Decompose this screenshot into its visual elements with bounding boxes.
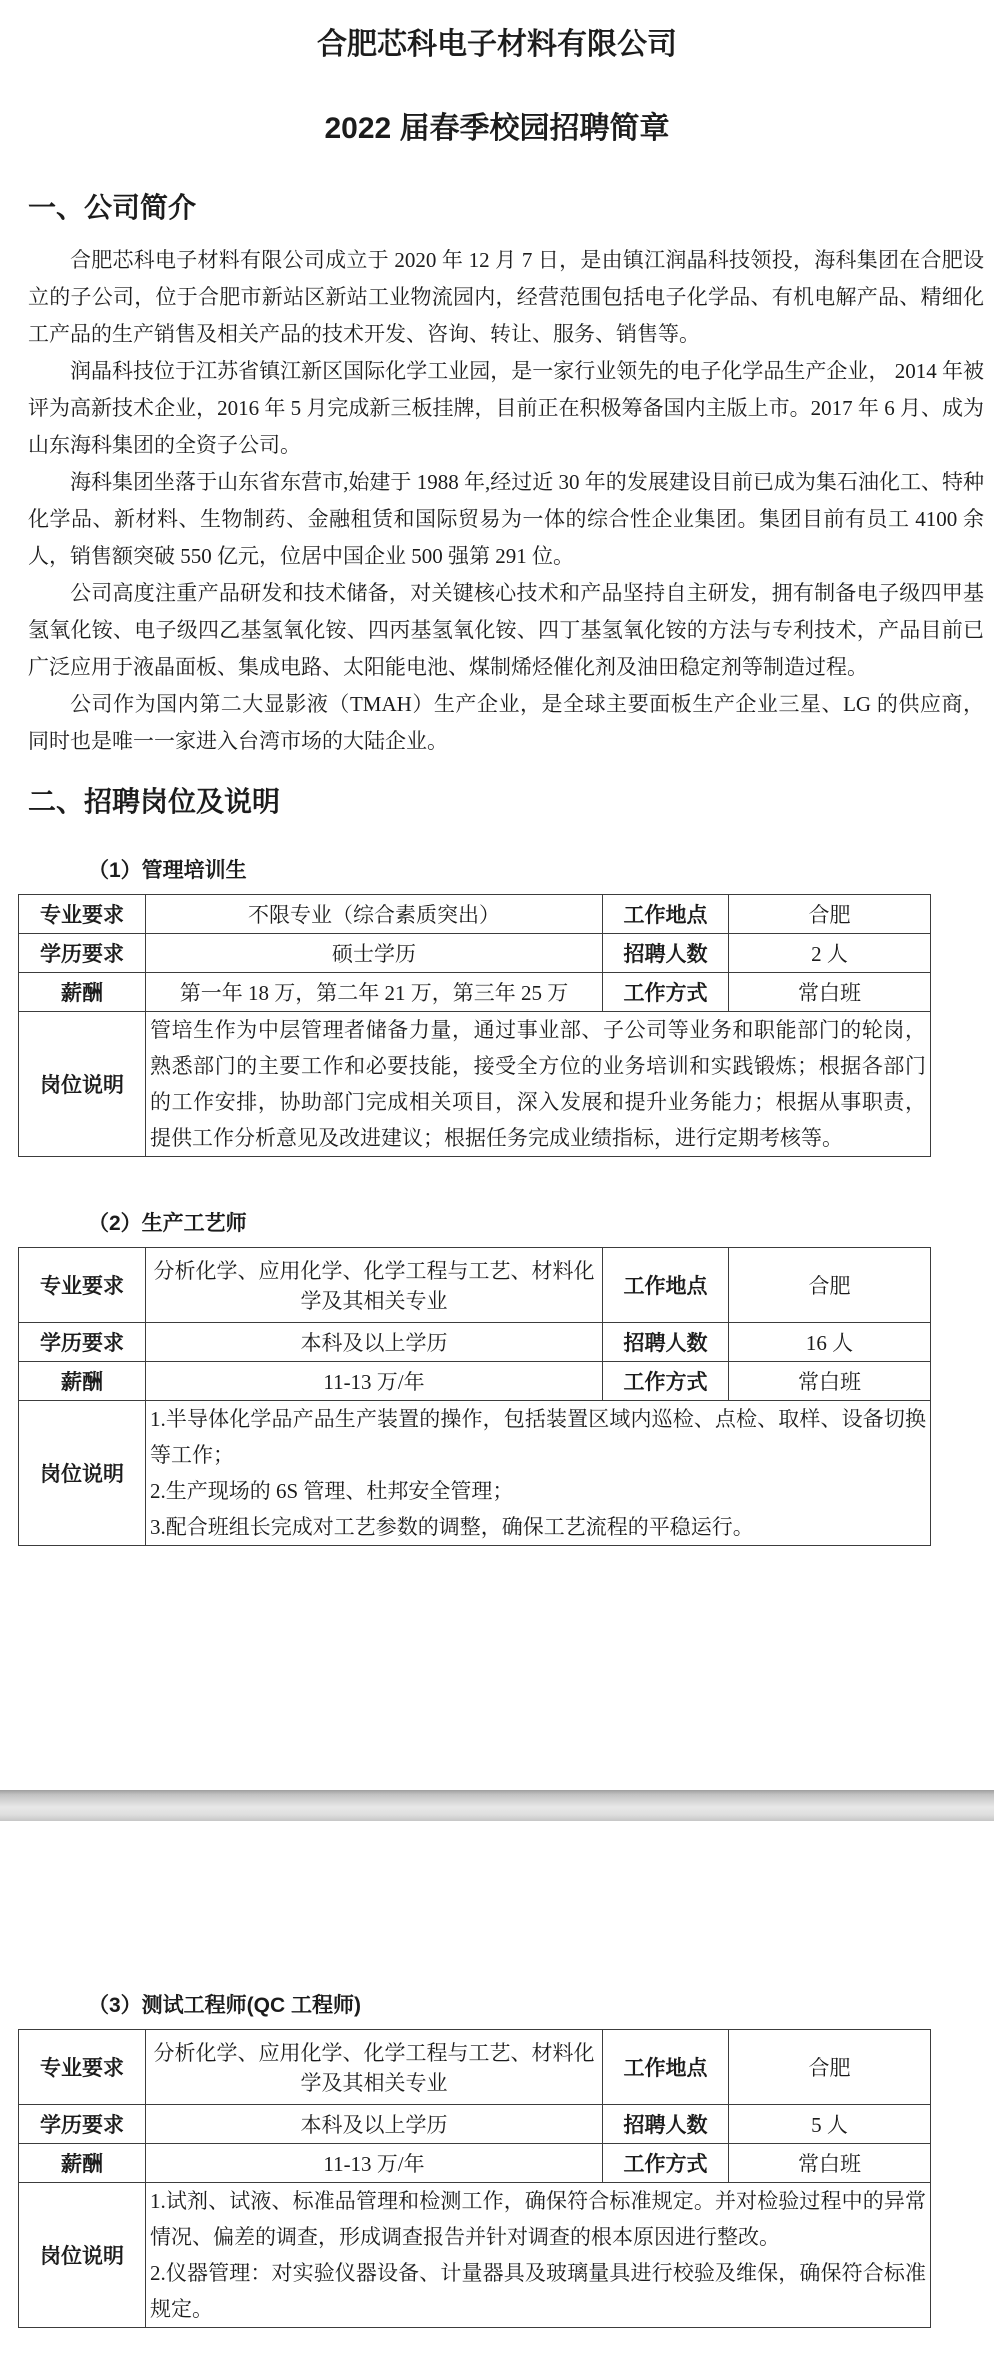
table-row: 岗位说明 管培生作为中层管理者储备力量，通过事业部、子公司等业务和职能部门的轮岗… — [19, 1012, 931, 1157]
worktype-value: 常白班 — [729, 2144, 931, 2183]
location-label: 工作地点 — [603, 1248, 729, 1323]
company-intro: 合肥芯科电子材料有限公司成立于 2020 年 12 月 7 日，是由镇江润晶科技… — [28, 242, 984, 760]
education-value: 硕士学历 — [146, 934, 603, 973]
major-value: 分析化学、应用化学、化学工程与工艺、材料化学及其相关专业 — [146, 2030, 603, 2105]
salary-value: 第一年 18 万，第二年 21 万，第三年 25 万 — [146, 973, 603, 1012]
page-break-divider — [0, 1790, 994, 1821]
position-3-table: 专业要求 分析化学、应用化学、化学工程与工艺、材料化学及其相关专业 工作地点 合… — [18, 2029, 931, 2328]
desc-value: 1.半导体化学品产品生产装置的操作，包括装置区域内巡检、点检、取样、设备切换等工… — [146, 1401, 931, 1546]
headcount-value: 5 人 — [729, 2105, 931, 2144]
location-value: 合肥 — [729, 1248, 931, 1323]
education-value: 本科及以上学历 — [146, 2105, 603, 2144]
worktype-label: 工作方式 — [603, 2144, 729, 2183]
worktype-value: 常白班 — [729, 973, 931, 1012]
desc-value: 1.试剂、试液、标准品管理和检测工作，确保符合标准规定。并对检验过程中的异常情况… — [146, 2183, 931, 2328]
location-label: 工作地点 — [603, 895, 729, 934]
education-label: 学历要求 — [19, 934, 146, 973]
location-value: 合肥 — [729, 2030, 931, 2105]
worktype-value: 常白班 — [729, 1362, 931, 1401]
intro-paragraph-4: 公司高度注重产品研发和技术储备，对关键核心技术和产品坚持自主研发，拥有制备电子级… — [28, 575, 984, 686]
headcount-label: 招聘人数 — [603, 934, 729, 973]
table-row: 薪酬 11-13 万/年 工作方式 常白班 — [19, 2144, 931, 2183]
desc-label: 岗位说明 — [19, 1012, 146, 1157]
desc-label: 岗位说明 — [19, 1401, 146, 1546]
salary-value: 11-13 万/年 — [146, 2144, 603, 2183]
major-value: 不限专业（综合素质突出） — [146, 895, 603, 934]
table-row: 学历要求 硕士学历 招聘人数 2 人 — [19, 934, 931, 973]
location-value: 合肥 — [729, 895, 931, 934]
education-label: 学历要求 — [19, 2105, 146, 2144]
table-row: 专业要求 分析化学、应用化学、化学工程与工艺、材料化学及其相关专业 工作地点 合… — [19, 2030, 931, 2105]
section-2-heading: 二、招聘岗位及说明 — [28, 782, 994, 822]
worktype-label: 工作方式 — [603, 1362, 729, 1401]
document-subtitle: 2022 届春季校园招聘简章 — [0, 110, 994, 148]
table-row: 专业要求 分析化学、应用化学、化学工程与工艺、材料化学及其相关专业 工作地点 合… — [19, 1248, 931, 1323]
section-1-heading: 一、公司简介 — [28, 188, 994, 228]
document-title: 合肥芯科电子材料有限公司 — [0, 26, 994, 64]
table-row: 薪酬 第一年 18 万，第二年 21 万，第三年 25 万 工作方式 常白班 — [19, 973, 931, 1012]
table-row: 岗位说明 1.试剂、试液、标准品管理和检测工作，确保符合标准规定。并对检验过程中… — [19, 2183, 931, 2328]
headcount-value: 16 人 — [729, 1323, 931, 1362]
headcount-label: 招聘人数 — [603, 2105, 729, 2144]
major-label: 专业要求 — [19, 2030, 146, 2105]
position-1-table: 专业要求 不限专业（综合素质突出） 工作地点 合肥 学历要求 硕士学历 招聘人数… — [18, 894, 931, 1157]
desc-label: 岗位说明 — [19, 2183, 146, 2328]
position-2-title: （2）生产工艺师 — [88, 1209, 994, 1239]
desc-value: 管培生作为中层管理者储备力量，通过事业部、子公司等业务和职能部门的轮岗，熟悉部门… — [146, 1012, 931, 1157]
salary-value: 11-13 万/年 — [146, 1362, 603, 1401]
headcount-label: 招聘人数 — [603, 1323, 729, 1362]
intro-paragraph-2: 润晶科技位于江苏省镇江新区国际化学工业园，是一家行业领先的电子化学品生产企业， … — [28, 353, 984, 464]
major-value: 分析化学、应用化学、化学工程与工艺、材料化学及其相关专业 — [146, 1248, 603, 1323]
position-3-title: （3）测试工程师(QC 工程师) — [88, 1991, 994, 2021]
intro-paragraph-1: 合肥芯科电子材料有限公司成立于 2020 年 12 月 7 日，是由镇江润晶科技… — [28, 242, 984, 353]
major-label: 专业要求 — [19, 895, 146, 934]
intro-paragraph-3: 海科集团坐落于山东省东营市,始建于 1988 年,经过近 30 年的发展建设目前… — [28, 464, 984, 575]
worktype-label: 工作方式 — [603, 973, 729, 1012]
headcount-value: 2 人 — [729, 934, 931, 973]
education-label: 学历要求 — [19, 1323, 146, 1362]
salary-label: 薪酬 — [19, 1362, 146, 1401]
location-label: 工作地点 — [603, 2030, 729, 2105]
table-row: 学历要求 本科及以上学历 招聘人数 16 人 — [19, 1323, 931, 1362]
table-row: 岗位说明 1.半导体化学品产品生产装置的操作，包括装置区域内巡检、点检、取样、设… — [19, 1401, 931, 1546]
table-row: 薪酬 11-13 万/年 工作方式 常白班 — [19, 1362, 931, 1401]
page-2: （3）测试工程师(QC 工程师) 专业要求 分析化学、应用化学、化学工程与工艺、… — [0, 1821, 994, 2367]
page-1: 合肥芯科电子材料有限公司 2022 届春季校园招聘简章 一、公司简介 合肥芯科电… — [0, 0, 994, 1790]
table-row: 学历要求 本科及以上学历 招聘人数 5 人 — [19, 2105, 931, 2144]
major-label: 专业要求 — [19, 1248, 146, 1323]
salary-label: 薪酬 — [19, 2144, 146, 2183]
position-2-table: 专业要求 分析化学、应用化学、化学工程与工艺、材料化学及其相关专业 工作地点 合… — [18, 1247, 931, 1546]
salary-label: 薪酬 — [19, 973, 146, 1012]
intro-paragraph-5: 公司作为国内第二大显影液（TMAH）生产企业，是全球主要面板生产企业三星、LG … — [28, 686, 984, 760]
education-value: 本科及以上学历 — [146, 1323, 603, 1362]
table-row: 专业要求 不限专业（综合素质突出） 工作地点 合肥 — [19, 895, 931, 934]
position-1-title: （1）管理培训生 — [88, 856, 994, 886]
